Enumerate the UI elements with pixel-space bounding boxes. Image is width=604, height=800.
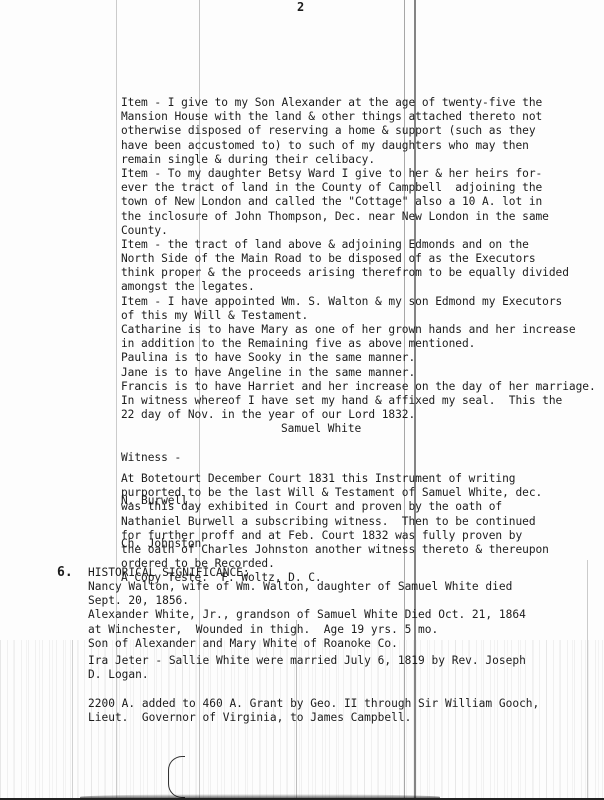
text-line: Item - the tract of land above & adjoini… xyxy=(121,238,596,252)
text-line: for further proff and at Feb. Court 1832… xyxy=(121,529,549,543)
historical-paragraph-2: Ira Jeter - Sallie White were married Ju… xyxy=(88,654,526,682)
historical-paragraph-3: 2200 A. added to 460 A. Grant by Geo. II… xyxy=(88,697,539,725)
text-line: 2200 A. added to 460 A. Grant by Geo. II… xyxy=(88,697,539,711)
text-line: Son of Alexander and Mary White of Roano… xyxy=(88,637,526,651)
scan-streak xyxy=(72,640,73,800)
text-line: Item - To my daughter Betsy Ward I give … xyxy=(121,167,596,181)
text-line: otherwise disposed of reserving a home &… xyxy=(121,124,596,138)
historical-paragraph-1: Nancy Walton, wife of Wm. Walton, daught… xyxy=(88,580,526,651)
document-page: 2 Item - I give to my Son Alexander at t… xyxy=(0,0,604,800)
text-line: Mansion House with the land & other thin… xyxy=(121,110,596,124)
text-line: Francis is to have Harriet and her incre… xyxy=(121,380,596,394)
text-line: the oath of Charles Johnston another wit… xyxy=(121,543,549,557)
text-line: the inclosure of John Thompson, Dec. nea… xyxy=(121,210,596,224)
text-line: Nancy Walton, wife of Wm. Walton, daught… xyxy=(88,580,526,594)
text-line: Sept. 20, 1856. xyxy=(88,594,526,608)
text-line: ever the tract of land in the County of … xyxy=(121,181,596,195)
text-line: Item - I give to my Son Alexander at the… xyxy=(121,96,596,110)
text-line: Alexander White, Jr., grandson of Samuel… xyxy=(88,608,526,622)
text-line: amongst the legates. xyxy=(121,280,596,294)
text-line: remain single & during their celibacy. xyxy=(121,153,596,167)
text-line: Paulina is to have Sooky in the same man… xyxy=(121,351,596,365)
text-line: think proper & the proceeds arising ther… xyxy=(121,266,596,280)
will-text: Item - I give to my Son Alexander at the… xyxy=(121,96,596,437)
text-line: In witness whereof I have set my hand & … xyxy=(121,394,596,408)
text-line: have been accustomed to) to such of my d… xyxy=(121,139,596,153)
text-line: D. Logan. xyxy=(88,668,526,682)
scan-streak xyxy=(587,560,588,800)
text-line: of this my Will & Testament. xyxy=(121,309,596,323)
text-line: Item - I have appointed Wm. S. Walton & … xyxy=(121,295,596,309)
text-line: Lieut. Governor of Virginia, to James Ca… xyxy=(88,711,539,725)
text-line: County. xyxy=(121,224,596,238)
text-line: North Side of the Main Road to be dispos… xyxy=(121,252,596,266)
text-line: purported to be the last Will & Testamen… xyxy=(121,486,549,500)
handwritten-mark xyxy=(168,756,185,798)
text-line: 22 day of Nov. in the year of our Lord 1… xyxy=(121,408,596,422)
text-line: Jane is to have Angeline in the same man… xyxy=(121,366,596,380)
text-line: was this day exhibited in Court and prov… xyxy=(121,500,549,514)
text-line: Catharine is to have Mary as one of her … xyxy=(121,323,596,337)
section-number: 6. xyxy=(57,565,73,580)
section-heading: HISTORICAL SIGNIFICANCE: xyxy=(88,566,250,579)
witness-label: Witness - xyxy=(121,451,201,465)
text-line: Ira Jeter - Sallie White were married Ju… xyxy=(88,654,526,668)
page-number: 2 xyxy=(297,0,304,14)
text-line: in addition to the Remaining five as abo… xyxy=(121,337,596,351)
text-line: town of New London and called the "Cotta… xyxy=(121,195,596,209)
text-line: At Botetourt December Court 1831 this In… xyxy=(121,472,549,486)
text-line: at Winchester, Wounded in thigh. Age 19 … xyxy=(88,623,526,637)
text-line: Nathaniel Burwell a subscribing witness.… xyxy=(121,515,549,529)
